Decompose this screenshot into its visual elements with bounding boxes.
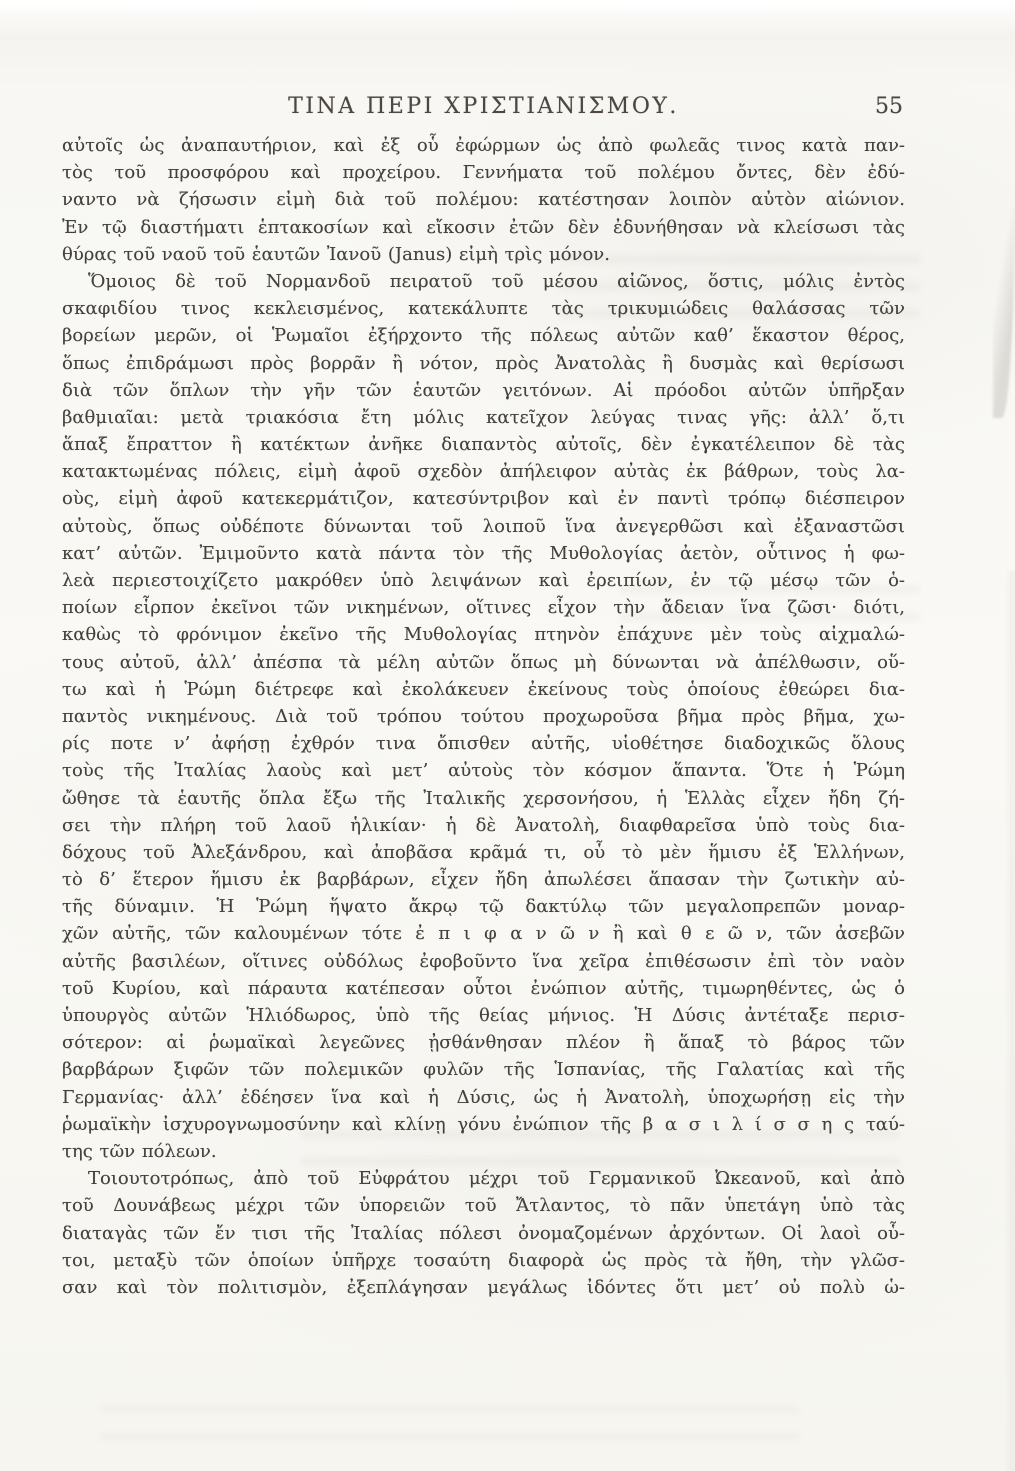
text-line: αὐτοὺς, ὅπως οὐδέποτε δύνωνται τοῦ λοιπο… (62, 513, 905, 540)
text-line: θύρας τοῦ ναοῦ τοῦ ἑαυτῶν Ἰανοῦ (Janus) … (62, 241, 905, 268)
text-line: αὐτοῖς ὡς ἀναπαυτήριον, καὶ ἐξ οὗ ἐφώρμω… (62, 132, 905, 159)
text-line: λεὰ περιεστοιχίζετο μακρόθεν ὑπὸ λειψάνω… (62, 567, 905, 594)
page-edge-shadow-lower (1005, 571, 1015, 1471)
text-line: της τῶν πόλεων. (62, 1138, 905, 1165)
text-line: ναντο νὰ ζήσωσιν εἰμὴ διὰ τοῦ πολέμου: κ… (62, 186, 905, 213)
text-line: σότερον: αἱ ῥωμαϊκαὶ λεγεῶνες ᾐσθάνθησαν… (62, 1029, 905, 1056)
text-line: ὤθησε τὰ ἑαυτῆς ὅπλα ἔξω τῆς Ἰταλικῆς χε… (62, 785, 905, 812)
text-line: Ὅμοιος δὲ τοῦ Νορμανδοῦ πειρατοῦ τοῦ μέσ… (62, 268, 905, 295)
text-line: Τοιουτοτρόπως, ἀπὸ τοῦ Εὐφράτου μέχρι το… (62, 1165, 905, 1192)
page-number: 55 (875, 94, 903, 119)
text-line: Ἐν τῷ διαστήματι ἑπτακοσίων καὶ εἴκοσιν … (62, 214, 905, 241)
page-edge-shadow (993, 28, 1015, 418)
page-title: ΤΙΝΑ ΠΕΡΙ ΧΡΙΣΤΙΑΝΙΣΜΟΥ. (62, 94, 905, 119)
text-line: δόχους τοῦ Ἀλεξάνδρου, καὶ ἀποβᾶσα κρᾶμά… (62, 839, 905, 866)
body-text: αὐτοῖς ὡς ἀναπαυτήριον, καὶ ἐξ οὗ ἐφώρμω… (62, 132, 905, 1301)
running-header: ΤΙΝΑ ΠΕΡΙ ΧΡΙΣΤΙΑΝΙΣΜΟΥ. 55 (62, 94, 905, 124)
text-line: βαθμιαῖαι: μετὰ τριακόσια ἔτη μόλις κατε… (62, 404, 905, 431)
text-line: τὸ δ’ ἕτερον ἥμισυ ἐκ βαρβάρων, εἶχεν ἤδ… (62, 866, 905, 893)
text-line: ῥωμαϊκὴν ἰσχυρογνωμοσύνην καὶ κλίνῃ γόνυ… (62, 1111, 905, 1138)
ink-showthrough-texture (100, 1405, 800, 1445)
text-line: τοῦ Δουνάβεως μέχρι τῶν ὑπορειῶν τοῦ Ἄτλ… (62, 1192, 905, 1219)
text-line: σκαφιδίου τινος κεκλεισμένος, κατεκάλυπτ… (62, 295, 905, 322)
text-line: βορείων μερῶν, οἱ Ῥωμαῖοι ἐξήρχοντο τῆς … (62, 322, 905, 349)
text-line: τὸς τοῦ προσφόρου καὶ προχείρου. Γεννήμα… (62, 159, 905, 186)
text-line: τοὺς τῆς Ἰταλίας λαοὺς καὶ μετ’ αὐτοὺς τ… (62, 757, 905, 784)
text-line: ὅπως ἐπιδράμωσι πρὸς βορρᾶν ἢ νότον, πρὸ… (62, 350, 905, 377)
text-line: παντὸς νικημένους. Διὰ τοῦ τρόπου τούτου… (62, 703, 905, 730)
text-line: ἅπαξ ἔπραττον ἢ κατέκτων ἀνῆκε διαπαντὸς… (62, 431, 905, 458)
text-line: σαν καὶ τὸν πολιτισμὸν, ἐξεπλάγησαν μεγά… (62, 1274, 905, 1301)
text-line: βαρβάρων ξιφῶν τῶν πολεμικῶν φυλῶν τῆς Ἱ… (62, 1056, 905, 1083)
text-line: ὑπουργὸς αὐτῶν Ἡλιόδωρος, ὑπὸ τῆς θείας … (62, 1002, 905, 1029)
text-line: διὰ τῶν ὅπλων τὴν γῆν τῶν ἑαυτῶν γειτόνω… (62, 377, 905, 404)
text-line: διαταγὰς τῶν ἔν τισι τῆς Ἰταλίας πόλεσι … (62, 1220, 905, 1247)
text-line: οὺς, εἰμὴ ἀφοῦ κατεκερμάτιζον, κατεσύντρ… (62, 485, 905, 512)
text-line: καθὼς τὸ φρόνιμον ἐκεῖνο τῆς Μυθολογίας … (62, 621, 905, 648)
text-line: ποίων εἷρπον ἐκεῖνοι τῶν νικημένων, οἵτι… (62, 594, 905, 621)
text-line: σει τὴν πλήρη τοῦ λαοῦ ἡλικίαν· ἡ δὲ Ἀνα… (62, 812, 905, 839)
scan-top-edge (0, 0, 1015, 14)
text-line: τω καὶ ἡ Ῥώμη διέτρεφε καὶ ἐκολάκευεν ἐκ… (62, 676, 905, 703)
text-line: κατακτωμένας πόλεις, εἰμὴ ἀφοῦ σχεδὸν ἀπ… (62, 458, 905, 485)
text-line: τους αὐτοῦ, ἀλλ’ ἀπέσπα τὰ μέλη αὐτῶν ὅπ… (62, 649, 905, 676)
text-line: τῆς δύναμιν. Ἡ Ῥώμη ἥψατο ἄκρῳ τῷ δακτύλ… (62, 893, 905, 920)
text-line: Γερμανίας· ἀλλ’ ἐδέησεν ἵνα καὶ ἡ Δύσις,… (62, 1084, 905, 1111)
text-line: τοι, μεταξὺ τῶν ὁποίων ὑπῆρχε τοσαύτη δι… (62, 1247, 905, 1274)
text-line: αὐτῆς βασιλέων, οἵτινες οὐδόλως ἐφοβοῦντ… (62, 948, 905, 975)
text-line: ρίς ποτε ν’ ἀφήσῃ ἐχθρόν τινα ὄπισθεν αὐ… (62, 730, 905, 757)
text-line: κατ’ αὐτῶν. Ἐμιμοῦντο κατὰ πάντα τὸν τῆς… (62, 540, 905, 567)
text-line: χῶν αὐτῆς, τῶν καλουμένων τότε ἐ π ι φ α… (62, 920, 905, 947)
text-line: τοῦ Κυρίου, καὶ πάραυτα κατέπεσαν οὗτοι … (62, 975, 905, 1002)
scanned-book-page: { "document": { "running_header": { "tit… (0, 0, 1015, 1471)
